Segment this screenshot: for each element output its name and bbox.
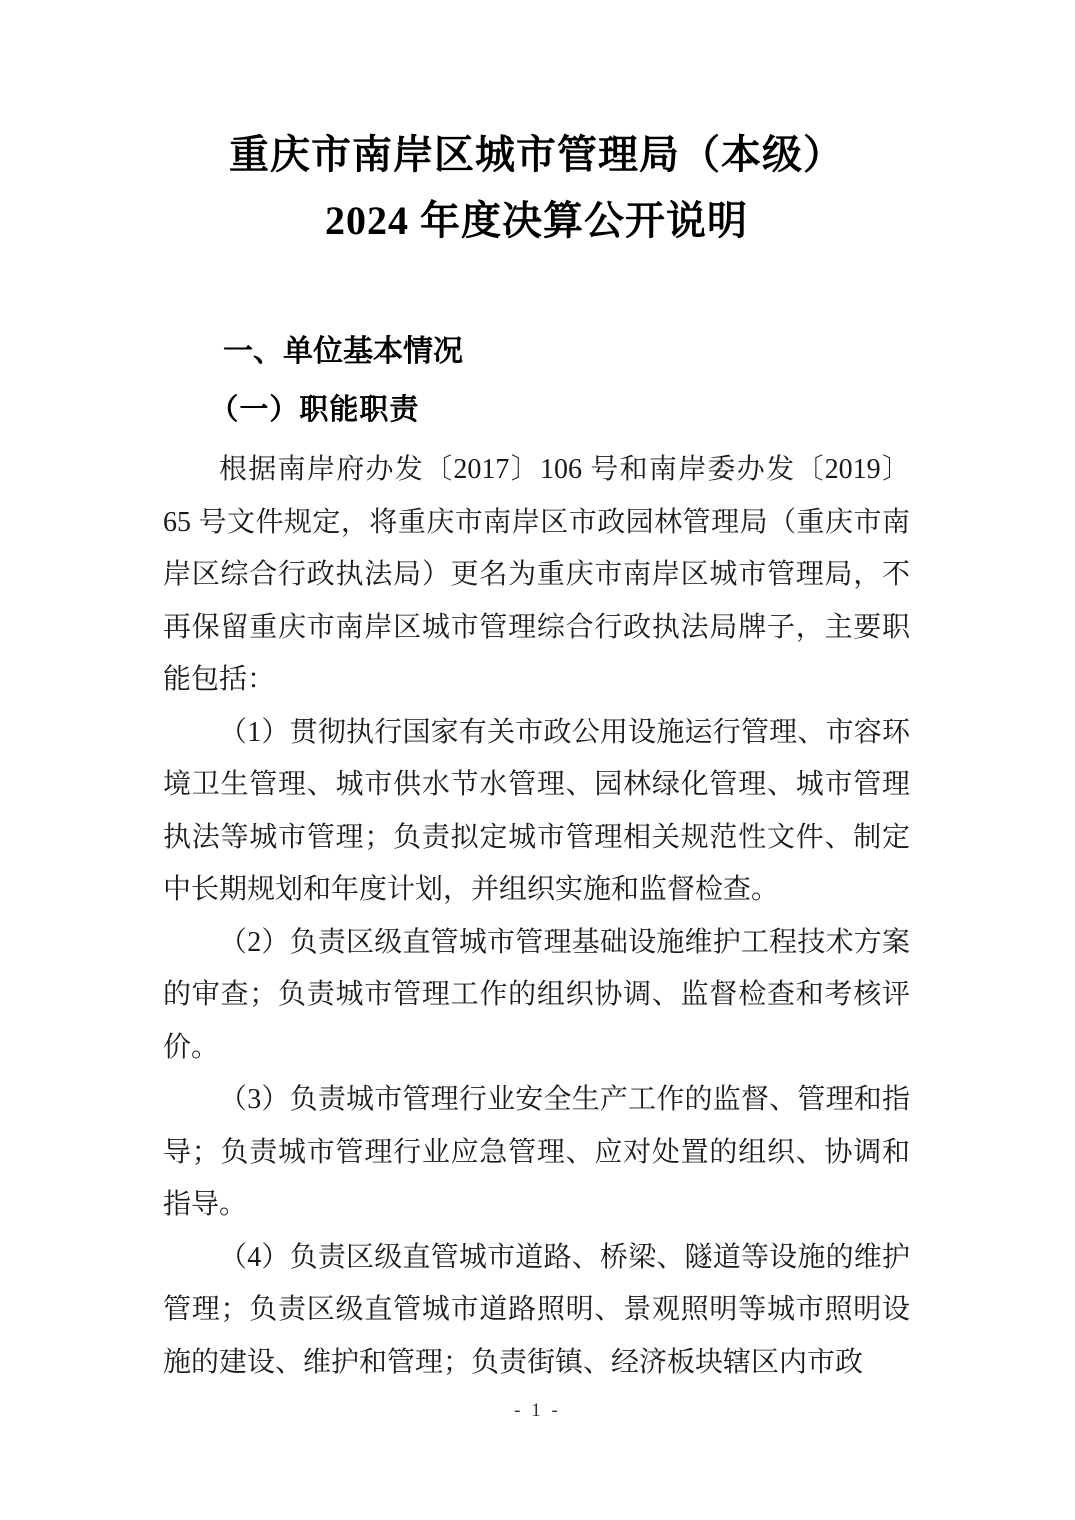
paragraph-intro: 根据南岸府办发〔2017〕106 号和南岸委办发〔2019〕65 号文件规定，将… [163, 444, 910, 707]
document-content: 重庆市南岸区城市管理局（本级） 2024 年度决算公开说明 一、单位基本情况 （… [163, 0, 910, 1389]
paragraph-function-3: （3）负责城市管理行业安全生产工作的监督、管理和指导；负责城市管理行业应急管理、… [163, 1074, 910, 1232]
footer-page-number: - 1 - [0, 1400, 1075, 1422]
document-page: 重庆市南岸区城市管理局（本级） 2024 年度决算公开说明 一、单位基本情况 （… [0, 0, 1075, 1520]
paragraph-function-2: （2）负责区级直管城市管理基础设施维护工程技术方案的审查；负责城市管理工作的组织… [163, 917, 910, 1075]
body-text: 根据南岸府办发〔2017〕106 号和南岸委办发〔2019〕65 号文件规定，将… [163, 444, 910, 1389]
paragraph-function-4: （4）负责区级直管城市道路、桥梁、隧道等设施的维护管理；负责区级直管城市道路照明… [163, 1232, 910, 1390]
paragraph-function-1: （1）贯彻执行国家有关市政公用设施运行管理、市容环境卫生管理、城市供水节水管理、… [163, 707, 910, 917]
document-title-line-2: 2024 年度决算公开说明 [163, 188, 910, 254]
section-heading-basic-info: 一、单位基本情况 [163, 332, 910, 372]
document-title-line-1: 重庆市南岸区城市管理局（本级） [163, 122, 910, 188]
document-title: 重庆市南岸区城市管理局（本级） 2024 年度决算公开说明 [163, 122, 910, 254]
subsection-heading-functions-duties: （一）职能职责 [163, 390, 910, 430]
